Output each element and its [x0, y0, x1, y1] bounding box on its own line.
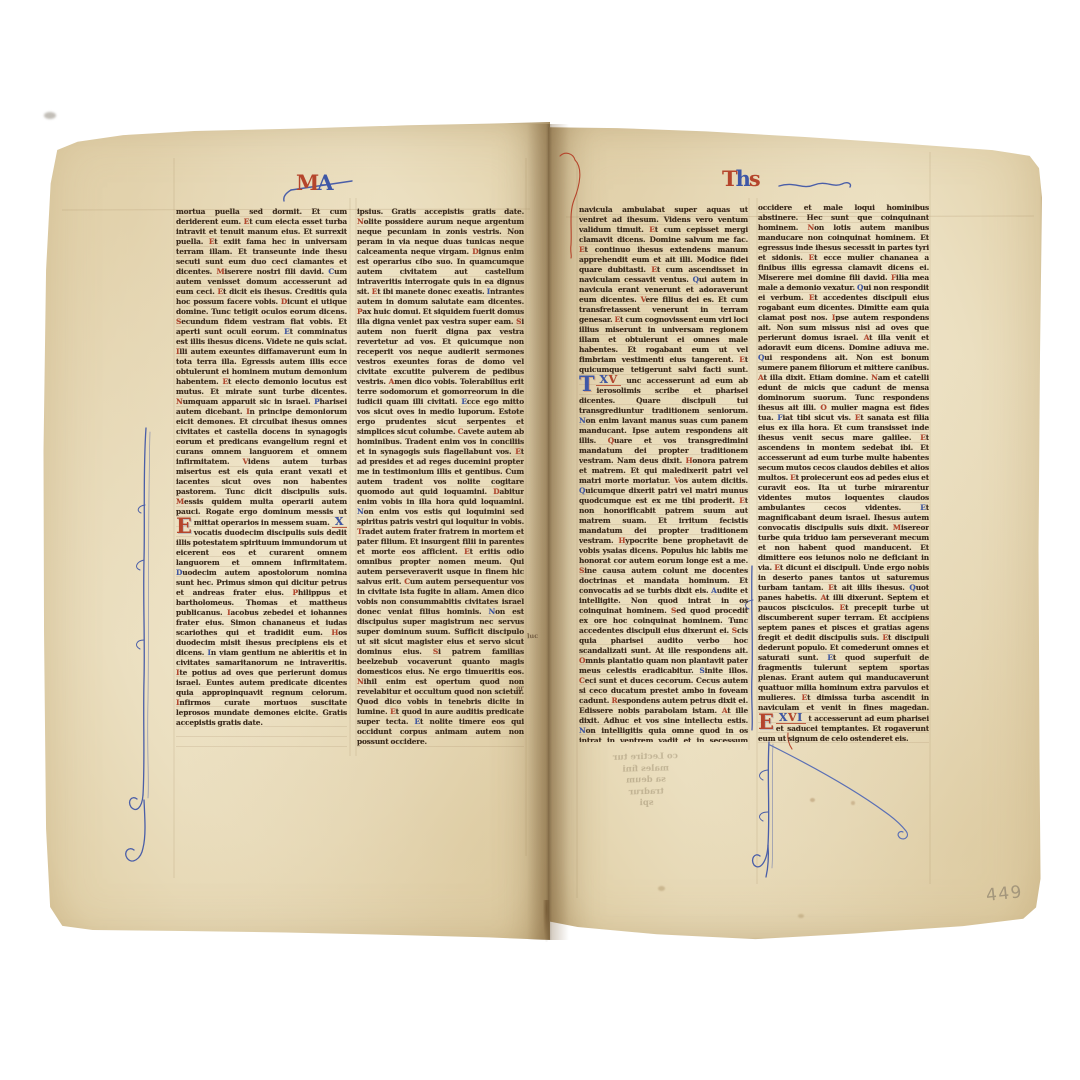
- marginal-gloss: or: [516, 684, 524, 692]
- text-column-right-1: navicula ambulabat super aquas ut venire…: [579, 205, 748, 742]
- text-column-left-2: ipsius. Gratis accepistis gratis date. N…: [357, 207, 524, 748]
- chapter-numeral: XVI: [776, 713, 806, 724]
- marginal-gloss: luc: [527, 632, 538, 640]
- illuminated-initial: T: [579, 375, 596, 394]
- chapter-numeral: X: [332, 517, 347, 528]
- illuminated-initial: E: [176, 517, 194, 536]
- stain: [44, 112, 56, 119]
- text-column-right-2: occidere et male loqui hominibus abstine…: [758, 203, 929, 746]
- illuminated-initial: E: [758, 713, 776, 732]
- show-through-text: co Lectire turmales finisa deumtradrursp…: [595, 751, 696, 811]
- running-title-right: Ths: [722, 166, 759, 191]
- chapter-numeral: XV: [596, 375, 620, 386]
- running-title-left: MA: [296, 170, 332, 195]
- text-column-left-1: mortua puella sed dormit. Et cum derider…: [176, 207, 347, 748]
- pencil-folio-number: 449: [985, 882, 1024, 906]
- gutter-crease: [543, 900, 550, 942]
- manuscript-photo: MA Ths mortua puella sed dormit. Et cum …: [0, 0, 1080, 1080]
